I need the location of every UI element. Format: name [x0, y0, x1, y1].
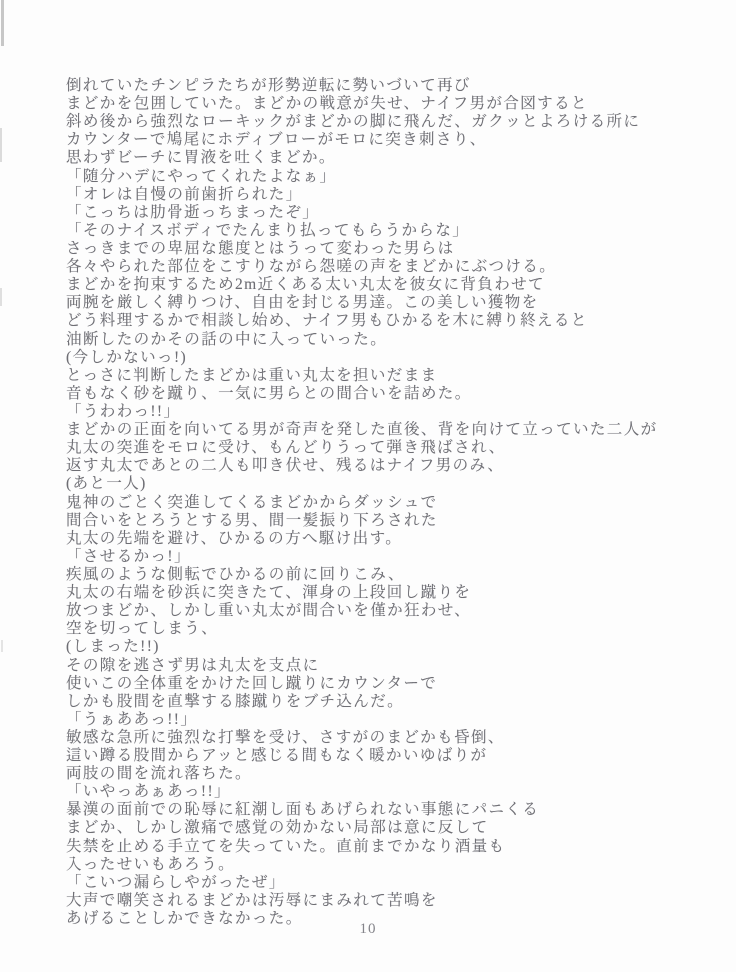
text-line: 「こっちは肋骨逝っちまったぞ」	[66, 204, 686, 222]
text-line: その隙を逃さず男は丸太を支点に	[66, 657, 686, 675]
text-line: 「こいつ漏らしやがったぜ」	[66, 874, 686, 892]
text-line: 「随分ハデにやってくれたよなぁ」	[66, 168, 686, 186]
text-line: さっきまでの卑屈な態度とはうって変わった男らは	[66, 240, 686, 258]
scan-edge-artifact	[1, 640, 3, 652]
text-line: まどか、しかし激痛で感覚の効かない局部は意に反して	[66, 819, 686, 837]
text-line: 各々やられた部位をこすりながら怨嗟の声をまどかにぶつける。	[66, 258, 686, 276]
text-line: 斜め後から強烈なローキックがまどかの脚に飛んだ、ガクッとよろける所に	[66, 113, 686, 131]
text-line: 失禁を止める手立てを失っていた。直前までかなり酒量も	[66, 838, 686, 856]
text-line: 空を切ってしまう、	[66, 620, 686, 638]
text-line: 油断したのかその話の中に入っていった。	[66, 331, 686, 349]
text-line: とっさに判断したまどかは重い丸太を担いだまま	[66, 367, 686, 385]
text-line: 疾風のような側転でひかるの前に回りこみ、	[66, 566, 686, 584]
text-line: 敏感な急所に強烈な打撃を受け、さすがのまどかも昏倒、	[66, 729, 686, 747]
text-line: カウンターで鳩尾にホディブローがモロに突き刺さり、	[66, 131, 686, 149]
page-number: 10	[0, 921, 736, 938]
text-line: まどかを拘束するため2m近くある太い丸太を彼女に背負わせて	[66, 276, 686, 294]
text-line: (今しかないっ!)	[66, 349, 686, 367]
text-line: しかも股間を直撃する膝蹴りをブチ込んだ。	[66, 693, 686, 711]
text-line: 両肢の間を流れ落ちた。	[66, 765, 686, 783]
text-line: まどかを包囲していた。まどかの戦意が失せ、ナイフ男が合図すると	[66, 95, 686, 113]
text-line: 両腕を厳しく縛りつけ、自由を封じる男達。この美しい獲物を	[66, 294, 686, 312]
text-line: 丸太の突進をモロに受け、もんどりうって弾き飛ばされ、	[66, 439, 686, 457]
text-line: 這い蹲る股間からアッと感じる間もなく暖かいゆばりが	[66, 747, 686, 765]
text-line: まどかの正面を向いてる男が奇声を発した直後、背を向けて立っていた二人が	[66, 421, 686, 439]
text-line: 入ったせいもあろう。	[66, 856, 686, 874]
text-line: 鬼神のごとく突進してくるまどかからダッシュで	[66, 494, 686, 512]
text-line: 使いこの全体重をかけた回し蹴りにカウンターで	[66, 675, 686, 693]
text-line: (あと一人)	[66, 475, 686, 493]
text-line: 丸太の先端を避け、ひかるの方へ駆け出す。	[66, 530, 686, 548]
text-line: 「オレは自慢の前歯折られた」	[66, 186, 686, 204]
text-line: 「うぁああっ!!」	[66, 711, 686, 729]
text-line: 間合いをとろうとする男、間一髪振り下ろされた	[66, 512, 686, 530]
text-line: どう料理するかで相談し始め、ナイフ男もひかるを木に縛り終えると	[66, 312, 686, 330]
text-line: 放つまどか、しかし重い丸太が間合いを僅か狂わせ、	[66, 602, 686, 620]
text-line: 「そのナイスボディでたんまり払ってもらうからな」	[66, 222, 686, 240]
scan-edge-artifact	[0, 128, 2, 162]
text-line: 「いやっあぁあっ!!」	[66, 783, 686, 801]
text-line: 「うわわっ!!」	[66, 403, 686, 421]
text-line: 丸太の右端を砂浜に突きたて、渾身の上段回し蹴りを	[66, 584, 686, 602]
scan-edge-artifact	[0, 288, 2, 306]
text-line: 「させるかっ!」	[66, 548, 686, 566]
text-line: 大声で嘲笑されるまどかは汚辱にまみれて苦鳴を	[66, 892, 686, 910]
scan-edge-artifact	[1, 0, 4, 46]
text-line: 返す丸太であとの二人も叩き伏せ、残るはナイフ男のみ、	[66, 457, 686, 475]
text-line: 音もなく砂を蹴り、一気に男らとの間合いを詰めた。	[66, 385, 686, 403]
document-page: 倒れていたチンピラたちが形勢逆転に勢いづいて再びまどかを包囲していた。まどかの戦…	[0, 0, 736, 972]
text-line: 倒れていたチンピラたちが形勢逆転に勢いづいて再び	[66, 77, 686, 95]
text-line: (しまった!!)	[66, 638, 686, 656]
text-line: 思わずビーチに胃液を吐くまどか。	[66, 149, 686, 167]
text-line: 暴漢の面前での恥辱に紅潮し面もあげられない事態にパニくる	[66, 801, 686, 819]
body-text: 倒れていたチンピラたちが形勢逆転に勢いづいて再びまどかを包囲していた。まどかの戦…	[66, 77, 686, 928]
